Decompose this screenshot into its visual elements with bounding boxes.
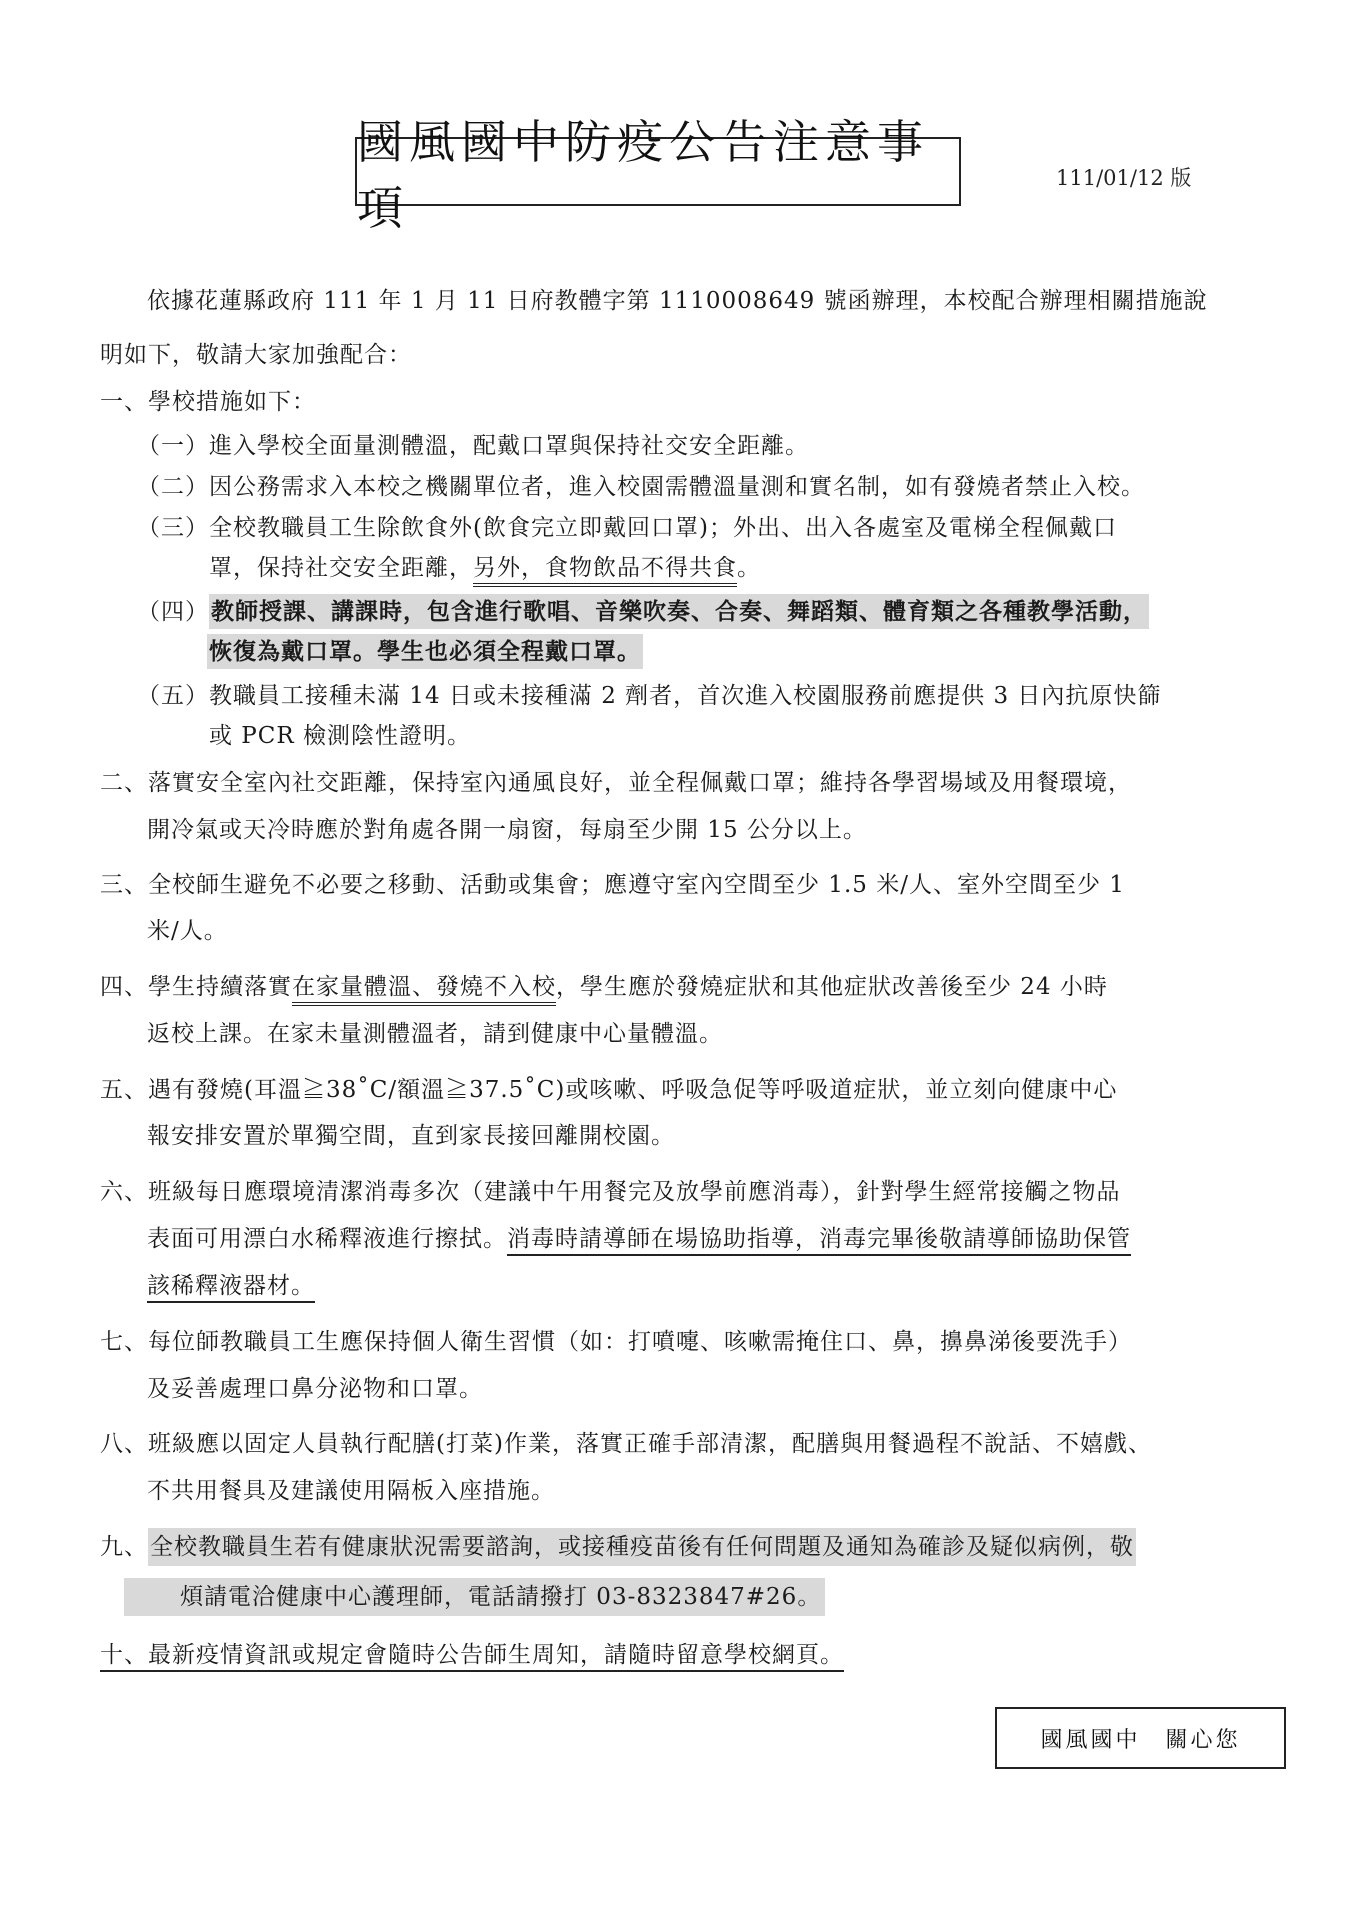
section-marker: 六、 bbox=[100, 1173, 148, 1206]
section-10: 十、最新疫情資訊或規定會隨時公告師生周知，請隨時留意學校網頁。 bbox=[100, 1636, 844, 1669]
section-text: 落實安全室內社交距離，保持室內通風良好，並全程佩戴口罩；維持各學習場域及用餐環境… bbox=[148, 770, 1132, 796]
item-text: 全校教職員工生除飲食外(飲食完立即戴回口罩)；外出、出入各處室及電梯全程佩戴口 bbox=[209, 515, 1117, 541]
item-1-1: （一）進入學校全面量測體溫，配戴口罩與保持社交安全距離。 bbox=[137, 427, 809, 460]
section-marker: 四、 bbox=[100, 968, 148, 1001]
section-2-line-2: 開冷氣或天冷時應於對角處各開一扇窗，每扇至少開 15 公分以上。 bbox=[147, 811, 867, 844]
section-3-line-2: 米/人。 bbox=[147, 912, 228, 945]
intro-line-1: 依據花蓮縣政府 111 年 1 月 11 日府教體字第 1110008649 號… bbox=[147, 282, 1208, 315]
underlined-text: 該稀釋液器材。 bbox=[147, 1273, 315, 1303]
underlined-text: 消毒時請導師在場協助指導，消毒完畢後敬請導師協助保管 bbox=[507, 1226, 1131, 1256]
item-1-3-line-1: （三）全校教職員工生除飲食外(飲食完立即戴回口罩)；外出、出入各處室及電梯全程佩… bbox=[137, 509, 1117, 542]
version-label: 111/01/12 版 bbox=[1056, 162, 1191, 192]
section-4-line-2: 返校上課。在家未量測體溫者，請到健康中心量體溫。 bbox=[147, 1015, 723, 1048]
section-text: 遇有發燒(耳溫≧38˚C/額溫≧37.5˚C)或咳嗽、呼吸急促等呼吸道症狀，並立… bbox=[148, 1077, 1117, 1103]
highlighted-text: 全校教職員生若有健康狀況需要諮詢，或接種疫苗後有任何問題及通知為確診及疑似病例，… bbox=[148, 1528, 1136, 1566]
item-text: 因公務需求入本校之機關單位者，進入校園需體溫量測和實名制，如有發燒者禁止入校。 bbox=[209, 474, 1145, 500]
signature-text: 國風國中 關心您 bbox=[1040, 1723, 1240, 1754]
item-1-3-line-2: 罩，保持社交安全距離，另外，食物飲品不得共食。 bbox=[209, 549, 761, 582]
section-8-line-2: 不共用餐具及建議使用隔板入座措施。 bbox=[147, 1472, 555, 1505]
highlighted-bold-text: 教師授課、講課時，包含進行歌唱、音樂吹奏、合奏、舞蹈類、體育類之各種教學活動， bbox=[209, 594, 1149, 629]
section-8-line-1: 八、班級應以固定人員執行配膳(打菜)作業，落實正確手部清潔，配膳與用餐過程不說話… bbox=[100, 1425, 1152, 1458]
item-text-end: 。 bbox=[737, 555, 761, 581]
section-5-line-2: 報安排安置於單獨空間，直到家長接回離開校園。 bbox=[147, 1117, 675, 1150]
section-marker: 七、 bbox=[100, 1323, 148, 1356]
section-3-line-1: 三、全校師生避免不必要之移動、活動或集會；應遵守室內空間至少 1.5 米/人、室… bbox=[100, 866, 1125, 899]
section-text: 班級應以固定人員執行配膳(打菜)作業，落實正確手部清潔，配膳與用餐過程不說話、不… bbox=[148, 1431, 1152, 1457]
title-text: 國風國中防疫公告注意事項 bbox=[357, 106, 959, 238]
document-page: 國風國中防疫公告注意事項 111/01/12 版 依據花蓮縣政府 111 年 1… bbox=[0, 0, 1358, 1920]
item-marker: （五） bbox=[137, 677, 209, 710]
section-text: 最新疫情資訊或規定會隨時公告師生周知，請隨時留意學校網頁。 bbox=[148, 1642, 844, 1668]
item-marker: （二） bbox=[137, 468, 209, 501]
section-7-line-1: 七、每位師教職員工生應保持個人衛生習慣（如：打噴嚏、咳嗽需掩住口、鼻，擤鼻涕後要… bbox=[100, 1323, 1132, 1356]
section-text: 學生持續落實 bbox=[148, 974, 292, 1000]
section-6-line-2: 表面可用漂白水稀釋液進行擦拭。消毒時請導師在場協助指導，消毒完畢後敬請導師協助保… bbox=[147, 1220, 1131, 1253]
section-4-line-1: 四、學生持續落實在家量體溫、發燒不入校，學生應於發燒症狀和其他症狀改善後至少 2… bbox=[100, 968, 1108, 1001]
underlined-text: 十、最新疫情資訊或規定會隨時公告師生周知，請隨時留意學校網頁。 bbox=[100, 1642, 844, 1672]
section-marker: 九、 bbox=[100, 1528, 148, 1561]
section-marker: 五、 bbox=[100, 1071, 148, 1104]
item-1-4-line-1: （四）教師授課、講課時，包含進行歌唱、音樂吹奏、合奏、舞蹈類、體育類之各種教學活… bbox=[137, 593, 1149, 626]
section-text: 表面可用漂白水稀釋液進行擦拭。 bbox=[147, 1226, 507, 1252]
section-6-line-1: 六、班級每日應環境清潔消毒多次（建議中午用餐完及放學前應消毒），針對學生經常接觸… bbox=[100, 1173, 1121, 1206]
section-9-line-2: 煩請電洽健康中心護理師，電話請撥打 03-8323847#26。 bbox=[124, 1578, 825, 1611]
item-marker: （四） bbox=[137, 593, 209, 626]
document-title: 國風國中防疫公告注意事項 bbox=[355, 137, 961, 206]
highlighted-bold-text: 恢復為戴口罩。學生也必須全程戴口罩。 bbox=[207, 634, 643, 669]
section-marker: 二、 bbox=[100, 764, 148, 797]
section-text: 學校措施如下： bbox=[148, 389, 316, 415]
section-text: 每位師教職員工生應保持個人衛生習慣（如：打噴嚏、咳嗽需掩住口、鼻，擤鼻涕後要洗手… bbox=[148, 1329, 1132, 1355]
section-7-line-2: 及妥善處理口鼻分泌物和口罩。 bbox=[147, 1370, 483, 1403]
section-marker: 十、 bbox=[100, 1636, 148, 1669]
section-1-heading: 一、學校措施如下： bbox=[100, 383, 316, 416]
section-5-line-1: 五、遇有發燒(耳溫≧38˚C/額溫≧37.5˚C)或咳嗽、呼吸急促等呼吸道症狀，… bbox=[100, 1071, 1117, 1104]
section-2-line-1: 二、落實安全室內社交距離，保持室內通風良好，並全程佩戴口罩；維持各學習場域及用餐… bbox=[100, 764, 1132, 797]
double-underlined-text: 另外，食物飲品不得共食 bbox=[473, 555, 737, 587]
item-1-5-line-1: （五）教職員工接種未滿 14 日或未接種滿 2 劑者，首次進入校園服務前應提供 … bbox=[137, 677, 1161, 710]
section-marker: 八、 bbox=[100, 1425, 148, 1458]
section-6-line-3: 該稀釋液器材。 bbox=[147, 1267, 315, 1300]
section-marker: 三、 bbox=[100, 866, 148, 899]
section-text-end: ，學生應於發燒症狀和其他症狀改善後至少 24 小時 bbox=[556, 974, 1108, 1000]
item-marker: （三） bbox=[137, 509, 209, 542]
item-1-2: （二）因公務需求入本校之機關單位者，進入校園需體溫量測和實名制，如有發燒者禁止入… bbox=[137, 468, 1145, 501]
section-marker: 一、 bbox=[100, 383, 148, 416]
signature-box: 國風國中 關心您 bbox=[995, 1707, 1286, 1769]
item-1-5-line-2: 或 PCR 檢測陰性證明。 bbox=[209, 717, 471, 750]
section-text: 全校師生避免不必要之移動、活動或集會；應遵守室內空間至少 1.5 米/人、室外空… bbox=[148, 872, 1125, 898]
section-text: 班級每日應環境清潔消毒多次（建議中午用餐完及放學前應消毒），針對學生經常接觸之物… bbox=[148, 1179, 1121, 1205]
item-text: 進入學校全面量測體溫，配戴口罩與保持社交安全距離。 bbox=[209, 433, 809, 459]
item-1-4-line-2: 恢復為戴口罩。學生也必須全程戴口罩。 bbox=[207, 633, 643, 666]
item-text: 罩，保持社交安全距離， bbox=[209, 555, 473, 581]
item-text: 教職員工接種未滿 14 日或未接種滿 2 劑者，首次進入校園服務前應提供 3 日… bbox=[209, 683, 1161, 709]
double-underlined-text: 在家量體溫、發燒不入校 bbox=[292, 974, 556, 1006]
item-marker: （一） bbox=[137, 427, 209, 460]
section-9-line-1: 九、全校教職員生若有健康狀況需要諮詢，或接種疫苗後有任何問題及通知為確診及疑似病… bbox=[100, 1528, 1136, 1561]
intro-line-2: 明如下，敬請大家加強配合： bbox=[100, 336, 412, 369]
highlighted-text: 煩請電洽健康中心護理師，電話請撥打 03-8323847#26。 bbox=[124, 1578, 825, 1616]
